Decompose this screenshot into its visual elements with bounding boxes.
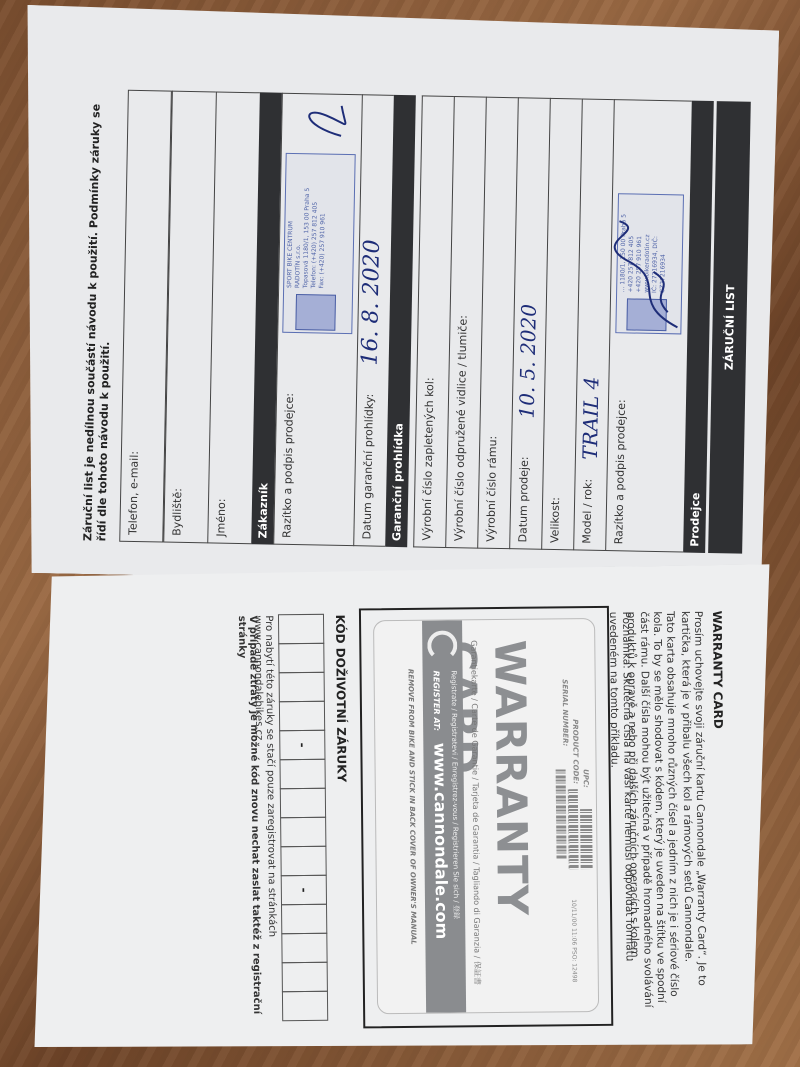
warranty-card-heading: WARRANTY CARD — [710, 611, 725, 729]
footer-note: Záruční list je nedílnou součástí návodu… — [81, 89, 118, 541]
warranty-card-page: WARRANTY CARD Prosím uchovejte svoji zár… — [30, 564, 775, 1052]
dealer-stamp-2: SPORT BIKE CENTRUM RADOTÍN s.r.o. Topaso… — [282, 153, 355, 334]
warranty-form-page: ZÁRUČNÍ LIST Prodejce Razítko a podpis p… — [17, 5, 780, 587]
code-separator-box: - — [281, 875, 327, 905]
field-label: Telefon, e-mail: — [126, 451, 141, 535]
code-digit-box[interactable] — [282, 991, 328, 1021]
field-phone-email[interactable]: Telefon, e-mail: — [119, 90, 172, 543]
warranty-card-sticker: UPC: PRODUCT CODE: SERIAL NUMBER: 10/11/… — [373, 618, 599, 1014]
code-digit-box[interactable] — [282, 962, 328, 992]
serial-number-label: SERIAL NUMBER: — [561, 679, 570, 746]
code-digit-box[interactable] — [279, 672, 325, 702]
upc-barcode — [580, 809, 593, 869]
field-label: Výrobní číslo odpružené vidlice / tlumič… — [452, 315, 469, 541]
handwritten-model: TRAIL 4 — [578, 376, 604, 460]
register-url[interactable]: www.cannondale.com — [430, 743, 451, 940]
field-label: Razítko a podpis prodejce: — [280, 393, 296, 538]
code-digit-box[interactable] — [281, 904, 327, 934]
field-address[interactable]: Bydliště: — [163, 91, 216, 544]
product-code-label: PRODUCT CODE: — [571, 719, 580, 784]
intro-paragraph: Prosím uchovejte svoji záruční kartu Can… — [678, 611, 708, 1011]
code-digit-box[interactable] — [280, 817, 326, 847]
code-digit-box[interactable] — [281, 933, 327, 963]
field-label: Razítko a podpis prodejce: — [612, 399, 628, 544]
code-separator-box: - — [279, 730, 325, 760]
lifetime-code-heading: KÓD DOŽIVOTNÍ ZÁRUKY — [333, 615, 349, 783]
stamp-line: Fax: (+420) 257 910 961 — [318, 158, 328, 288]
field-label: Velikost: — [548, 497, 562, 543]
form-title: ZÁRUČNÍ LIST — [708, 101, 751, 554]
card-instructions: REMOVE FROM BIKE AND STICK IN BACK COVER… — [407, 669, 418, 945]
field-label: Datum prodeje: — [516, 456, 531, 542]
signature-2-icon — [291, 95, 352, 146]
product-code-barcode — [568, 789, 579, 869]
field-label: Výrobní číslo rámu: — [484, 436, 499, 542]
signature-1-icon — [607, 211, 689, 333]
card-register-band: Registrate / Registratevi / Enregistrez-… — [422, 620, 466, 1012]
handwritten-sale-date: 10. 5. 2020 — [515, 304, 541, 419]
field-name[interactable]: Jméno: — [207, 91, 260, 544]
card-date-code: 10/11/00 11:06 PSO: 12498 — [570, 899, 578, 982]
warranty-card-example: UPC: PRODUCT CODE: SERIAL NUMBER: 10/11/… — [359, 606, 613, 1029]
field-label: Datum garanční prohlídky: — [360, 394, 376, 540]
field-label: Jméno: — [214, 498, 228, 536]
code-digit-box[interactable] — [280, 846, 326, 876]
dealer-logo-icon — [295, 294, 336, 331]
code-digit-box[interactable] — [278, 614, 324, 644]
lifetime-code-boxes: -- — [278, 615, 328, 1021]
register-url-line: REGISTER AT: www.cannondale.com — [430, 671, 452, 940]
serial-number-barcode — [556, 769, 567, 859]
code-digit-box[interactable] — [279, 759, 325, 789]
upc-label: UPC: — [582, 769, 590, 788]
code-digit-box[interactable] — [279, 701, 325, 731]
warranty-form-content: ZÁRUČNÍ LIST Prodejce Razítko a podpis p… — [63, 81, 762, 564]
code-digit-box[interactable] — [280, 788, 326, 818]
field-label: Výrobní číslo zapletených kol: — [420, 377, 436, 540]
handwritten-inspection-date: 16. 8. 2020 — [358, 239, 385, 365]
register-at-label: REGISTER AT: — [432, 671, 442, 732]
warranty-card-content: WARRANTY CARD Prosím uchovejte svoji zár… — [102, 582, 747, 1029]
loss-text: V případě ztráty je možné kód znovu nech… — [236, 615, 262, 1027]
field-label: Bydliště: — [170, 488, 184, 536]
cannondale-logo-icon — [427, 630, 457, 660]
code-digit-box[interactable] — [278, 643, 324, 673]
field-label: Model / rok: — [580, 479, 594, 544]
